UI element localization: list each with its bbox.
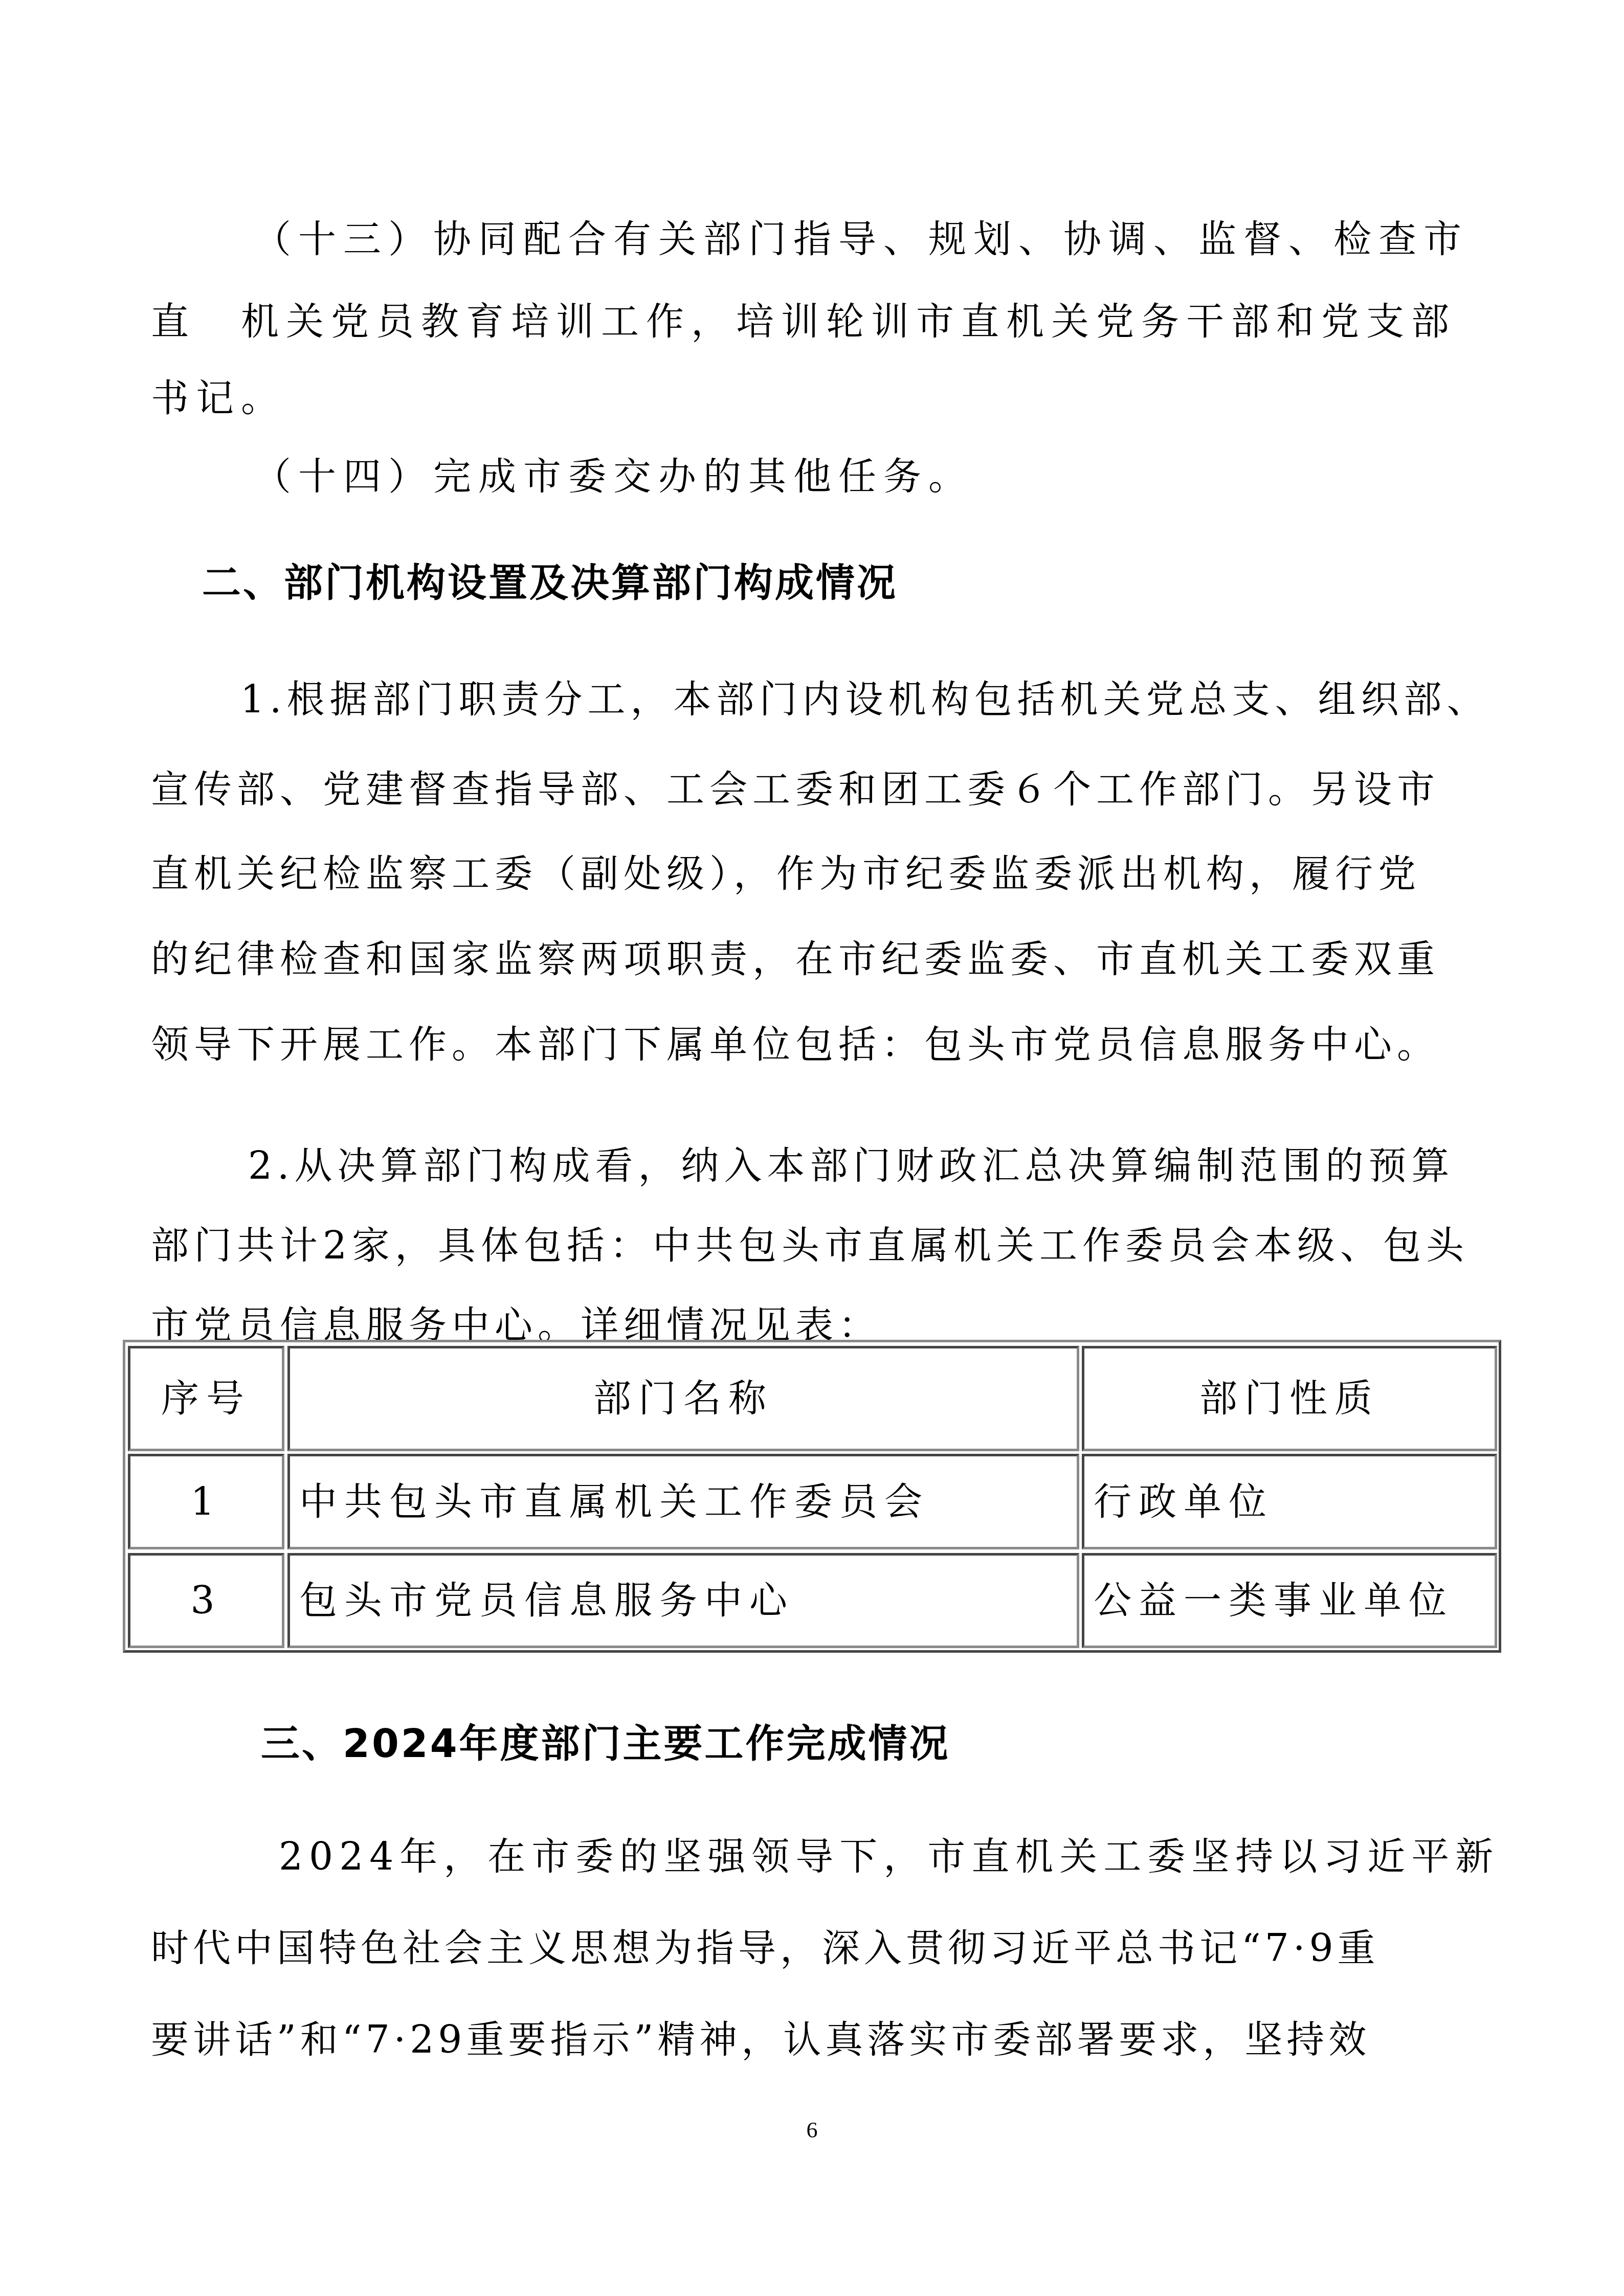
paragraph-item-13-line-1: （十三）协同配合有关部门指导、规划、协调、监督、检查市 bbox=[151, 214, 1473, 265]
paragraph-section-2-2-line-1: 2.从决算部门构成看，纳入本部门财政汇总决算编制范围的预算 bbox=[151, 1140, 1473, 1191]
section-heading-2: 二、部门机构设置及决算部门构成情况 bbox=[202, 557, 898, 609]
paragraph-item-13-line-2: 直 机关党员教育培训工作，培训轮训市直机关党务干部和党支部 bbox=[151, 296, 1473, 347]
table-header-type-label: 部门性质 bbox=[1199, 1380, 1380, 1417]
table-cell: 中共包头市直属机关工作委员会 bbox=[299, 1483, 929, 1521]
paragraph-section-3-1-line-1: 2024年，在市委的坚强领导下，市直机关工委坚持以习近平新 bbox=[151, 1831, 1473, 1882]
table-row-2-name: 包头市党员信息服务中心 bbox=[287, 1553, 1079, 1648]
section-heading-3: 三、2024年度部门主要工作完成情况 bbox=[261, 1718, 950, 1769]
table-cell: 行政单位 bbox=[1094, 1483, 1274, 1521]
page-number: 6 bbox=[0, 2117, 1624, 2143]
paragraph-section-2-1-line-5: 领导下开展工作。本部门下属单位包括：包头市党员信息服务中心。 bbox=[151, 1019, 1473, 1070]
paragraph-section-2-1-line-3: 直机关纪检监察工委（副处级），作为市纪委监委派出机构，履行党 bbox=[151, 848, 1473, 899]
table-row-1-index: 1 bbox=[128, 1454, 284, 1549]
table-header-name: 部门名称 bbox=[287, 1346, 1079, 1451]
table-header-type: 部门性质 bbox=[1082, 1346, 1497, 1451]
document-page: （十三）协同配合有关部门指导、规划、协调、监督、检查市 直 机关党员教育培训工作… bbox=[0, 0, 1624, 2296]
table-header-index-label: 序号 bbox=[161, 1380, 251, 1417]
table-row-1-name: 中共包头市直属机关工作委员会 bbox=[287, 1454, 1079, 1549]
paragraph-item-13-line-3: 书记。 bbox=[151, 373, 1473, 424]
department-table: 序号 部门名称 部门性质 1 中共包头市直属机关工作委员会 行政单位 3 包头市… bbox=[123, 1340, 1501, 1653]
paragraph-section-2-1-line-2: 宣传部、党建督查指导部、工会工委和团工委６个工作部门。另设市 bbox=[151, 764, 1473, 815]
table-row-1-type: 行政单位 bbox=[1082, 1454, 1497, 1549]
paragraph-section-3-1-line-2: 时代中国特色社会主义思想为指导，深入贯彻习近平总书记“7·9重 bbox=[151, 1923, 1473, 1974]
table-cell: 公益一类事业单位 bbox=[1094, 1582, 1454, 1619]
table-cell: 1 bbox=[190, 1483, 221, 1521]
table-header-name-label: 部门名称 bbox=[593, 1380, 773, 1417]
table-cell: 3 bbox=[190, 1582, 221, 1619]
table-row-2-index: 3 bbox=[128, 1553, 284, 1648]
paragraph-section-2-1-line-1: 1.根据部门职责分工，本部门内设机构包括机关党总支、组织部、 bbox=[151, 674, 1473, 725]
table-row-2-type: 公益一类事业单位 bbox=[1082, 1553, 1497, 1648]
paragraph-section-3-1-line-3: 要讲话”和“7·29重要指示”精神，认真落实市委部署要求，坚持效 bbox=[151, 2014, 1473, 2065]
table-cell: 包头市党员信息服务中心 bbox=[299, 1582, 794, 1619]
paragraph-item-14-line-1: （十四）完成市委交办的其他任务。 bbox=[151, 451, 1575, 502]
paragraph-section-2-2-line-2: 部门共计2家，具体包括：中共包头市直属机关工作委员会本级、包头 bbox=[151, 1220, 1473, 1271]
table-header-index: 序号 bbox=[128, 1346, 284, 1451]
paragraph-section-2-1-line-4: 的纪律检查和国家监察两项职责，在市纪委监委、市直机关工委双重 bbox=[151, 934, 1473, 985]
